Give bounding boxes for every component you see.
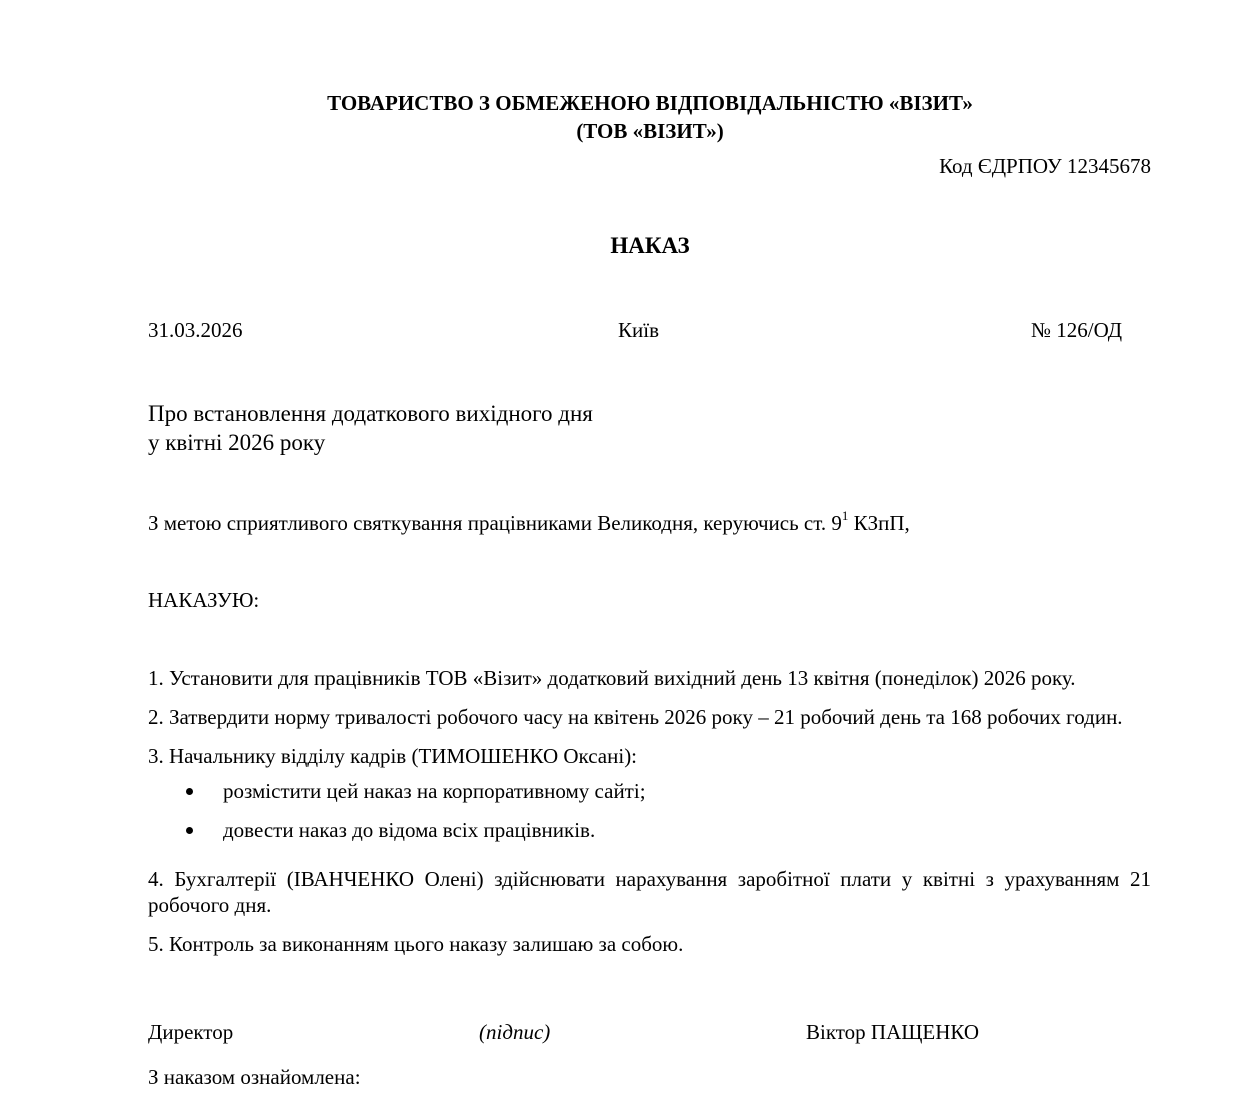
order-item-1: 1. Установити для працівників ТОВ «Візит…	[148, 665, 1151, 691]
organization-full-name: ТОВАРИСТВО З ОБМЕЖЕНОЮ ВІДПОВІДАЛЬНІСТЮ …	[0, 89, 1240, 117]
bullet-item: розмістити цей наказ на корпоративному с…	[148, 778, 1151, 817]
order-item-2: 2. Затвердити норму тривалості робочого …	[148, 704, 1151, 730]
bullet-text: довести наказ до відома всіх працівників…	[223, 818, 595, 842]
document-subject: Про встановлення додаткового вихідного д…	[148, 399, 593, 457]
document-title: НАКАЗ	[0, 233, 1240, 259]
edrpou-code: Код ЄДРПОУ 12345678	[939, 154, 1151, 179]
order-items: 1. Установити для працівників ТОВ «Візит…	[148, 665, 1151, 970]
order-item-4: 4. Бухгалтерії (ІВАНЧЕНКО Олені) здійсню…	[148, 866, 1151, 918]
preamble-tail: КЗпП,	[848, 511, 909, 535]
signatory-name: Віктор ПАЩЕНКО	[806, 1020, 979, 1045]
bullet-icon	[186, 788, 193, 795]
order-word: НАКАЗУЮ:	[148, 588, 259, 613]
acknowledgement-label: З наказом ознайомлена:	[148, 1065, 361, 1090]
order-item-3-bullets: розмістити цей наказ на корпоративному с…	[148, 778, 1151, 856]
subject-line-1: Про встановлення додаткового вихідного д…	[148, 399, 593, 428]
order-item-5: 5. Контроль за виконанням цього наказу з…	[148, 931, 1151, 957]
document-number: № 126/ОД	[1031, 318, 1122, 343]
preamble-text: З метою сприятливого святкування працівн…	[148, 511, 842, 535]
article-superscript: 1	[842, 508, 849, 523]
signatory-role: Директор	[148, 1020, 233, 1045]
preamble: З метою сприятливого святкування працівн…	[148, 510, 910, 536]
bullet-text: розмістити цей наказ на корпоративному с…	[223, 779, 646, 803]
bullet-item: довести наказ до відома всіх працівників…	[148, 817, 1151, 856]
subject-line-2: у квітні 2026 року	[148, 428, 593, 457]
bullet-icon	[186, 827, 193, 834]
document-city: Київ	[618, 318, 659, 343]
signature-placeholder: (підпис)	[479, 1020, 550, 1045]
organization-short-name: (ТОВ «ВІЗИТ»)	[0, 117, 1240, 145]
order-item-3: 3. Начальнику відділу кадрів (ТИМОШЕНКО …	[148, 743, 1151, 769]
document-page: ТОВАРИСТВО З ОБМЕЖЕНОЮ ВІДПОВІДАЛЬНІСТЮ …	[0, 0, 1240, 1106]
document-date: 31.03.2026	[148, 318, 243, 343]
